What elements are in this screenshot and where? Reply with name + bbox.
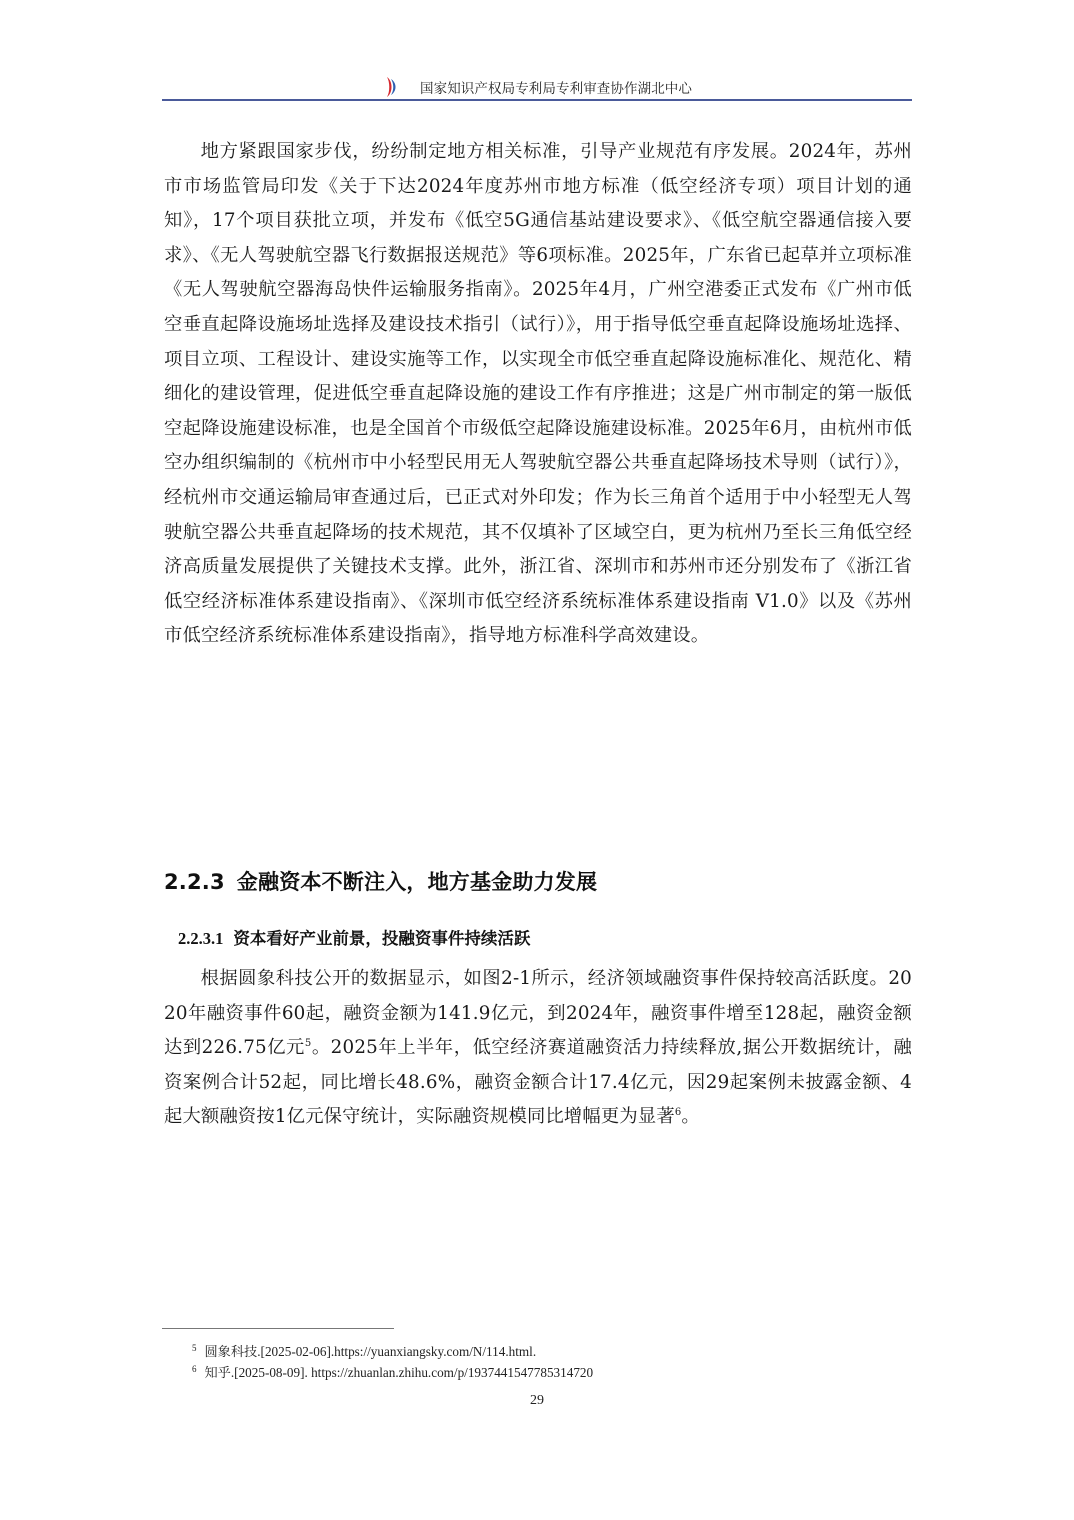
footnote-mark: 5 — [192, 1343, 197, 1353]
page-header: 国家知识产权局专利局专利审查协作湖北中心 — [162, 72, 912, 100]
body-paragraph: 地方紧跟国家步伐，纷纷制定地方相关标准，引导产业规范有序发展。2024年，苏州市… — [164, 135, 912, 654]
footnote-item: 6知乎.[2025-08-09]. https://zhuanlan.zhihu… — [192, 1362, 593, 1383]
footnote-text[interactable]: 圆象科技.[2025-02-06].https://yuanxiangsky.c… — [205, 1344, 537, 1359]
footnote-mark: 6 — [192, 1364, 197, 1374]
footnote-separator — [162, 1328, 394, 1329]
section-heading: 2.2.3金融资本不断注入，地方基金助力发展 — [164, 866, 597, 896]
header-rule — [162, 99, 912, 101]
section-number: 2.2.3 — [164, 870, 225, 894]
section-title: 金融资本不断注入，地方基金助力发展 — [237, 870, 597, 894]
body-paragraph: 根据圆象科技公开的数据显示，如图2-1所示，经济领域融资事件保持较高活跃度。20… — [164, 962, 912, 1135]
footnote-text[interactable]: 知乎.[2025-08-09]. https://zhuanlan.zhihu.… — [205, 1365, 594, 1380]
subsection-number: 2.2.3.1 — [178, 929, 223, 948]
header-inner: 国家知识产权局专利局专利审查协作湖北中心 — [162, 76, 912, 98]
paragraph-text: 。 — [681, 1106, 699, 1127]
footnotes: 5圆象科技.[2025-02-06].https://yuanxiangsky.… — [192, 1341, 593, 1383]
page-number: 29 — [0, 1393, 1074, 1409]
subsection-heading: 2.2.3.1资本看好产业前景，投融资事件持续活跃 — [178, 925, 530, 949]
header-title: 国家知识产权局专利局专利审查协作湖北中心 — [420, 77, 692, 97]
body-paragraph-2-container: 根据圆象科技公开的数据显示，如图2-1所示，经济领域融资事件保持较高活跃度。20… — [164, 962, 912, 1135]
subsection-title: 资本看好产业前景，投融资事件持续活跃 — [233, 929, 530, 948]
cnipa-logo-icon — [384, 76, 398, 98]
footnote-item: 5圆象科技.[2025-02-06].https://yuanxiangsky.… — [192, 1341, 593, 1362]
body-paragraph-1-container: 地方紧跟国家步伐，纷纷制定地方相关标准，引导产业规范有序发展。2024年，苏州市… — [164, 135, 912, 654]
